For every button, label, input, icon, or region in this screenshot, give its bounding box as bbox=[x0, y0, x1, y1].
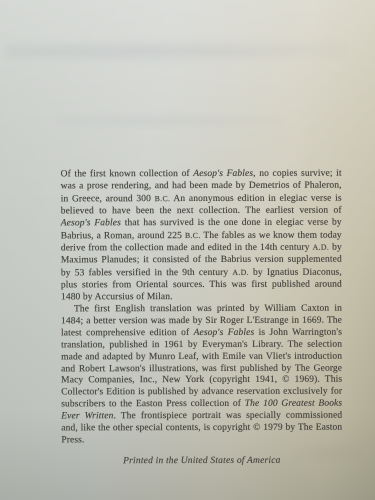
text-segment: Aesop's Fables bbox=[193, 169, 253, 179]
text-segment: A.D. bbox=[232, 268, 249, 277]
page-text: Of the first known collection of Aesop's… bbox=[61, 169, 343, 468]
page-showthrough-top bbox=[6, 38, 346, 64]
text-segment: Of the first known collection of bbox=[61, 169, 194, 179]
text-segment: is John Warrington's translation, publis… bbox=[61, 327, 342, 409]
text-segment: B.C. bbox=[155, 194, 171, 203]
text-segment: Aesop's Fables bbox=[194, 328, 255, 338]
paragraph: The first English translation was printe… bbox=[61, 304, 342, 448]
page-showthrough-upper bbox=[55, 112, 285, 130]
text-segment: A.D. bbox=[313, 243, 330, 252]
book-page-photo: Of the first known collection of Aesop's… bbox=[0, 0, 375, 500]
text-segment: Aesop's Fables bbox=[61, 218, 121, 228]
text-segment: B.C. bbox=[185, 231, 201, 240]
paragraph: Of the first known collection of Aesop's… bbox=[61, 169, 342, 305]
colophon-line: Printed in the United States of America bbox=[61, 455, 342, 468]
